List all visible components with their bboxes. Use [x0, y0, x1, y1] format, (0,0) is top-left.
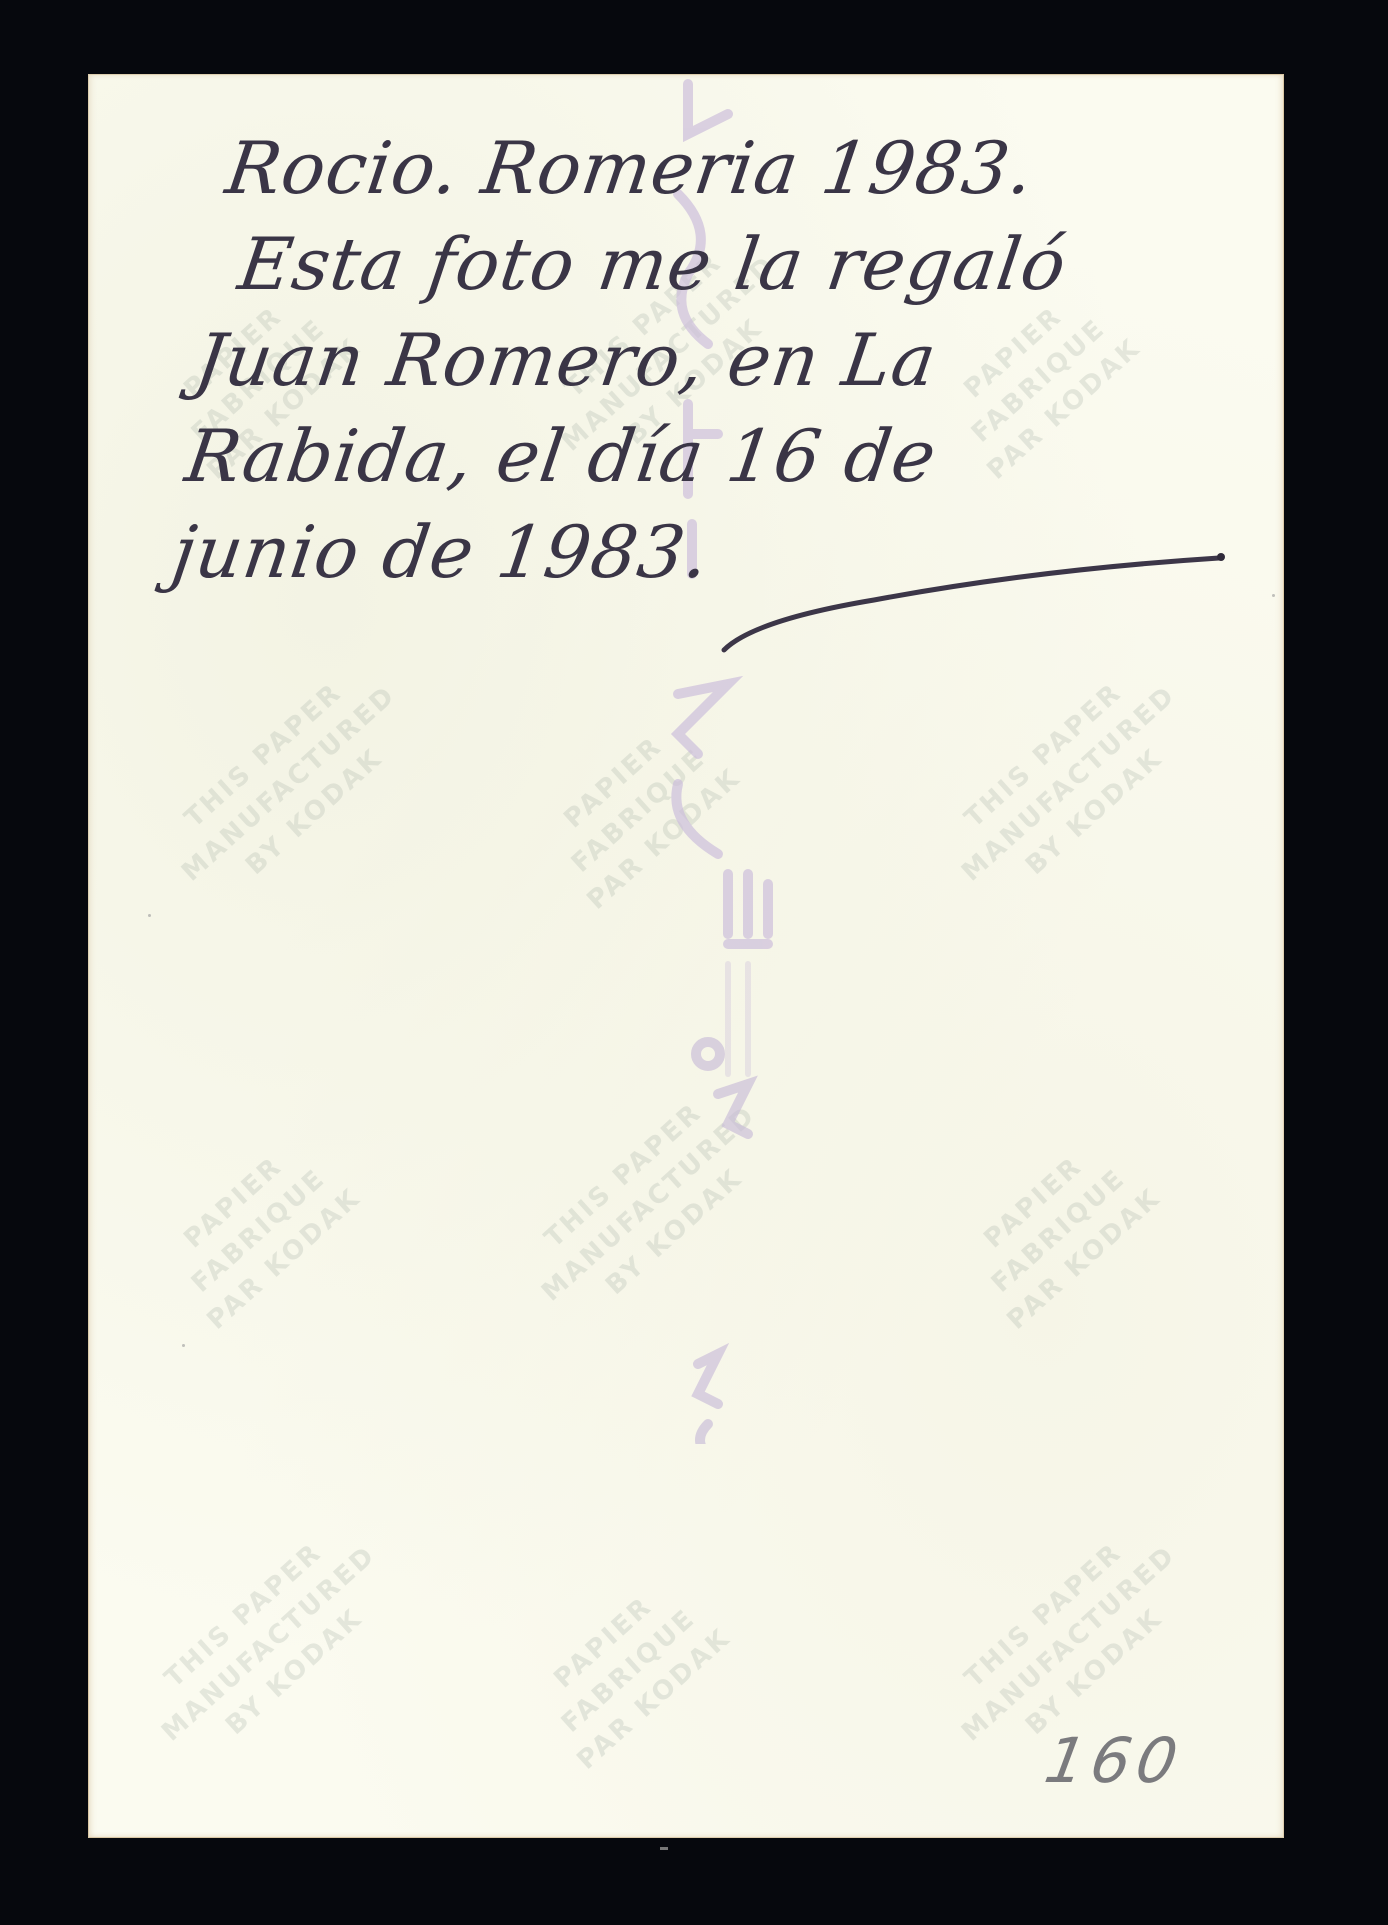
note-line-4: Rabida, el día 16 de: [160, 408, 1253, 504]
dust-speck: [182, 1344, 185, 1347]
photo-paper-back: THIS PAPER MANUFACTURED BY KODAK PAPIER …: [88, 74, 1284, 1838]
watermark-english: THIS PAPER MANUFACTURED BY KODAK: [508, 1069, 790, 1339]
note-line-1: Rocio. Romeria 1983.: [200, 120, 1284, 216]
note-line-2: Esta foto me la regaló: [187, 216, 1280, 312]
watermark-french: PAPIER FABRIQUE PAR KODAK: [948, 1123, 1170, 1339]
dust-speck: [148, 914, 151, 917]
watermark-french: PAPIER FABRIQUE PAR KODAK: [528, 703, 750, 919]
watermark-english: THIS PAPER MANUFACTURED BY KODAK: [128, 1509, 410, 1779]
watermark-english: THIS PAPER MANUFACTURED BY KODAK: [928, 649, 1210, 919]
page-number: 160: [1040, 1724, 1189, 1797]
watermark-english: THIS PAPER MANUFACTURED BY KODAK: [148, 649, 430, 919]
handwritten-note: Rocio. Romeria 1983. Esta foto me la reg…: [146, 120, 1284, 600]
signature-underline: [714, 540, 1234, 660]
scan-speck: [660, 1847, 668, 1850]
dust-speck: [1272, 594, 1275, 597]
note-line-3: Juan Romero, en La: [173, 312, 1266, 408]
watermark-french: PAPIER FABRIQUE PAR KODAK: [148, 1123, 370, 1339]
watermark-french: PAPIER FABRIQUE PAR KODAK: [518, 1563, 740, 1779]
